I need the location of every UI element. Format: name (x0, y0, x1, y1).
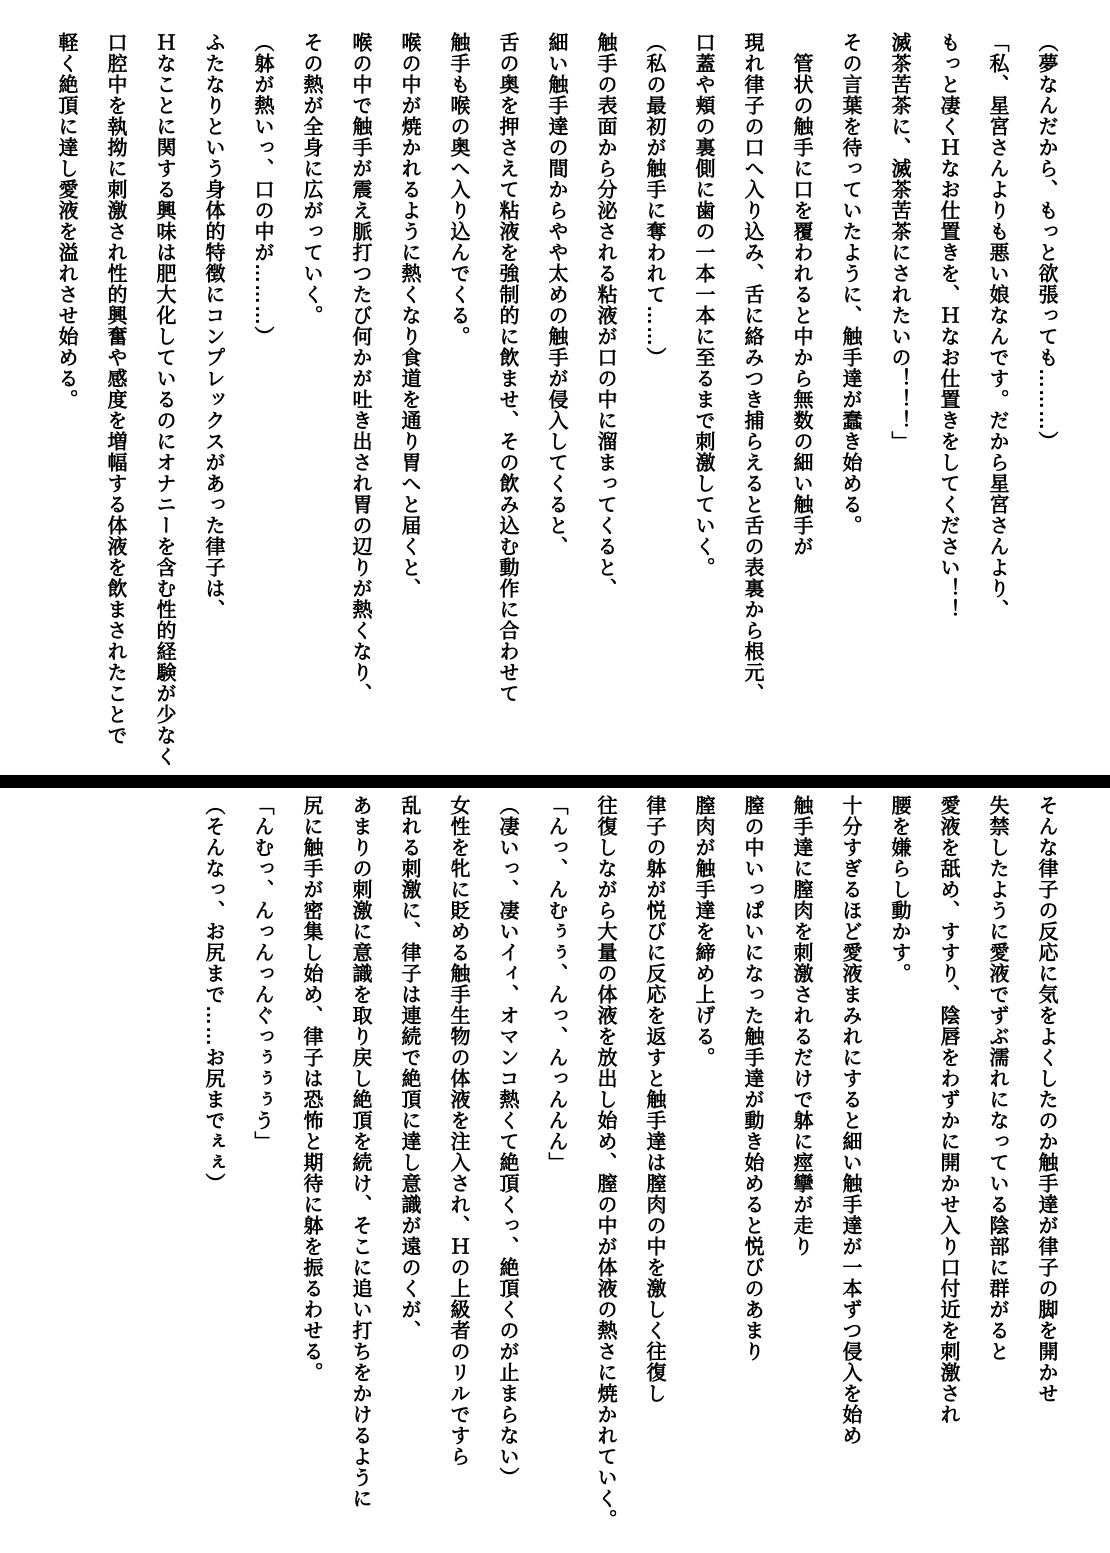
text-column: 喉の中で触手が震え脈打つたび何かが吐き出され胃の辺りが熱くなり、 (335, 32, 384, 774)
text-column: 触手達に膣肉を刺激されるだけで躰に痙攣が走り (776, 795, 825, 1551)
text-column: ふたなりという身体的特徴にコンプレックスがあった律子は、 (188, 32, 237, 774)
text-column: （夢なんだから、もっと欲張っても………） (1021, 32, 1070, 774)
text-column: Ｈなことに関する興味は肥大化しているのにオナニーを含む性的経験が少なく (139, 32, 188, 774)
bottom-text-section: そんな律子の反応に気をよくしたのか触手達が律子の脚を開かせ失禁したように愛液でず… (188, 795, 1070, 1551)
section-divider (0, 775, 1110, 788)
text-column: 軽く絶頂に達し愛液を溢れさせ始める。 (41, 32, 90, 774)
text-column: （私の最初が触手に奪われて……） (629, 32, 678, 774)
text-column: （凄いっ、凄いイィ、オマンコ熱くて絶頂くっ、絶頂くのが止まらない） (482, 795, 531, 1551)
text-column: 乱れる刺激に、律子は連続で絶頂に達し意識が遠のくが、 (384, 795, 433, 1551)
text-column: 口腔中を執拗に刺激され性的興奮や感度を増幅する体液を飲まされたことで (90, 32, 139, 774)
text-column: その熱が全身に広がっていく。 (286, 32, 335, 774)
text-column: 尻に触手が密集し始め、律子は恐怖と期待に躰を振るわせる。 (286, 795, 335, 1551)
text-column: 膣肉が触手達を締め上げる。 (678, 795, 727, 1551)
text-column: 愛液を舐め、すすり、陰唇をわずかに開かせ入り口付近を刺激され (923, 795, 972, 1551)
text-column: 腰を嫌らし動かす。 (874, 795, 923, 1551)
text-column: （そんなっ、お尻まで……お尻までぇぇ） (188, 795, 237, 1551)
text-column: もっと凄くＨなお仕置きを、Ｈなお仕置きをしてください！！ (923, 32, 972, 774)
text-column: 往復しながら大量の体液を放出し始め、膣の中が体液の熱さに焼かれていく。 (580, 795, 629, 1551)
text-column: （躰が熱いっ、口の中が………） (237, 32, 286, 774)
text-column: 管状の触手に口を覆われると中から無数の細い触手が (776, 32, 825, 774)
text-column: 滅茶苦茶に、滅茶苦茶にされたいの！！！」 (874, 32, 923, 774)
text-column: そんな律子の反応に気をよくしたのか触手達が律子の脚を開かせ (1021, 795, 1070, 1551)
text-column: 十分すぎるほど愛液まみれにすると細い触手達が一本ずつ侵入を始め (825, 795, 874, 1551)
text-column: 舌の奥を押さえて粘液を強制的に飲ませ、その飲み込む動作に合わせて (482, 32, 531, 774)
top-text-section: （夢なんだから、もっと欲張っても………）「私、星宮さんよりも悪い娘なんです。だか… (41, 32, 1070, 774)
text-column: その言葉を待っていたように、触手達が蠢き始める。 (825, 32, 874, 774)
text-column: 触手も喉の奥へ入り込んでくる。 (433, 32, 482, 774)
text-column: 喉の中が焼かれるように熱くなり食道を通り胃へと届くと、 (384, 32, 433, 774)
text-column: 膣の中いっぱいになった触手達が動き始めると悦びのあまり (727, 795, 776, 1551)
text-column: 現れ律子の口へ入り込み、舌に絡みつき捕らえると舌の表裏から根元、 (727, 32, 776, 774)
text-column: 女性を牝に貶める触手生物の体液を注入され、Ｈの上級者のリルですら (433, 795, 482, 1551)
text-column: 「んっ、んむぅぅ、んっ、んっんんん」 (531, 795, 580, 1551)
text-column: 失禁したように愛液でずぶ濡れになっている陰部に群がると (972, 795, 1021, 1551)
text-column: 口蓋や頬の裏側に歯の一本一本に至るまで刺激していく。 (678, 32, 727, 774)
text-column: 「んむっ、んっんっんぐっぅぅぅう」 (237, 795, 286, 1551)
text-column: 律子の躰が悦びに反応を返すと触手達は膣肉の中を激しく往復し (629, 795, 678, 1551)
text-column: あまりの刺激に意識を取り戻し絶頂を続け、そこに追い打ちをかけるように (335, 795, 384, 1551)
text-column: 細い触手達の間からやや太めの触手が侵入してくると、 (531, 32, 580, 774)
text-column: 「私、星宮さんよりも悪い娘なんです。だから星宮さんより、 (972, 32, 1021, 774)
text-column: 触手の表面から分泌される粘液が口の中に溜まってくると、 (580, 32, 629, 774)
